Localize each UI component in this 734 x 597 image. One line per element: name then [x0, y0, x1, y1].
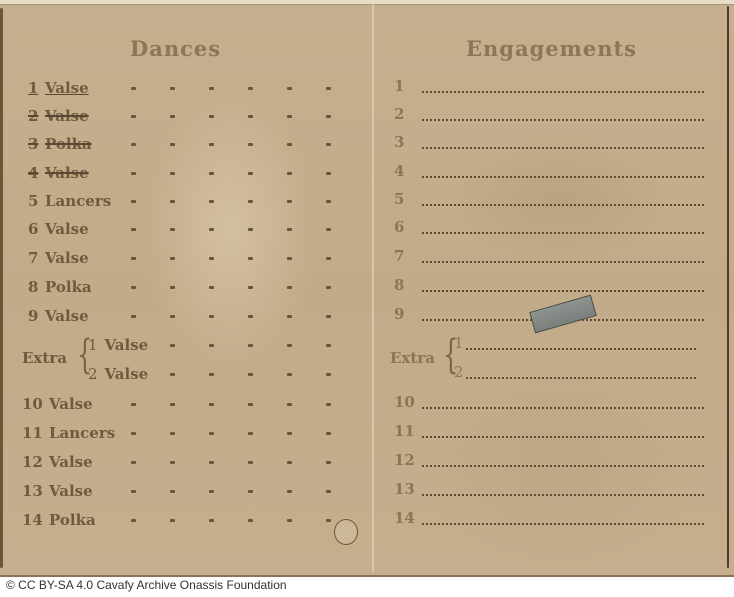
- dotted-line: [466, 348, 696, 350]
- dotted-line: [422, 204, 704, 206]
- dotted-line: [422, 176, 704, 178]
- slot-number: 4: [394, 162, 404, 180]
- leader-dot: [131, 490, 136, 493]
- leader-dot: [287, 172, 292, 175]
- extra-engagement-slot-2[interactable]: 2: [454, 363, 704, 385]
- dance-name: Valse: [45, 307, 89, 325]
- dance-name: Polka: [45, 135, 92, 153]
- slot-number: 2: [394, 105, 404, 123]
- dance-number: 3: [28, 135, 38, 153]
- leader-dot: [170, 461, 175, 464]
- leader-dot: [248, 115, 253, 118]
- leader-dot: [131, 432, 136, 435]
- leader-dot: [131, 228, 136, 231]
- dance-name: Valse: [45, 164, 89, 182]
- leader-dot: [209, 373, 214, 376]
- leader-dot: [248, 373, 253, 376]
- dance-name: Valse: [49, 482, 93, 500]
- slot-number: 10: [394, 393, 415, 411]
- leader-dot: [326, 115, 331, 118]
- extra-dances: Extra { 1 Valse 2 Valse: [22, 334, 172, 394]
- leader-dot: [170, 403, 175, 406]
- leader-dot: [209, 461, 214, 464]
- leader-dot: [248, 432, 253, 435]
- leader-dot: [209, 87, 214, 90]
- slot-number: 3: [394, 133, 404, 151]
- slot-number: 11: [394, 422, 415, 440]
- leader-dot: [287, 490, 292, 493]
- dance-number: 12: [22, 453, 42, 471]
- dance-name: Valse: [105, 336, 149, 354]
- dance-row-3: 3 Polka: [28, 133, 92, 155]
- slot-number: 9: [394, 305, 404, 323]
- leader-dot: [131, 519, 136, 522]
- dance-row-14: 14 Polka: [22, 509, 96, 531]
- leader-dot: [170, 87, 175, 90]
- dances-heading: Dances: [130, 36, 221, 61]
- dance-name: Lancers: [45, 192, 111, 210]
- extra-label: Extra: [390, 349, 435, 367]
- dotted-line: [422, 119, 704, 121]
- leader-dot: [209, 344, 214, 347]
- leader-dot: [326, 143, 331, 146]
- leader-dot: [248, 286, 253, 289]
- leader-dot: [131, 257, 136, 260]
- leader-dot: [287, 461, 292, 464]
- leader-dot: [170, 257, 175, 260]
- leader-dot: [248, 172, 253, 175]
- leader-dot: [248, 228, 253, 231]
- leader-dot: [170, 115, 175, 118]
- dance-number: 6: [28, 220, 38, 238]
- leader-dot: [131, 286, 136, 289]
- leader-dot: [287, 286, 292, 289]
- dotted-line: [422, 523, 704, 525]
- copyright-credit: © CC BY-SA 4.0 Cavafy Archive Onassis Fo…: [6, 578, 287, 592]
- leader-dot: [248, 519, 253, 522]
- dance-row-2: 2 Valse: [28, 105, 89, 127]
- leader-dot: [326, 432, 331, 435]
- leader-dot: [209, 519, 214, 522]
- slot-number: 1: [394, 77, 404, 95]
- dance-row-12: 12 Valse: [22, 451, 93, 473]
- slot-number: 13: [394, 480, 415, 498]
- leader-dot: [326, 257, 331, 260]
- dances-page: Dances 1 Valse 2 Valse 3 Polka 4 Valse 5…: [0, 0, 372, 575]
- dance-row-4: 4 Valse: [28, 162, 89, 184]
- dance-number: 14: [22, 511, 42, 529]
- extra-engagements: Extra { 1 2: [390, 334, 720, 394]
- leader-dot: [326, 373, 331, 376]
- leader-dot: [170, 172, 175, 175]
- dance-card: Dances 1 Valse 2 Valse 3 Polka 4 Valse 5…: [0, 0, 734, 577]
- leader-dot: [326, 200, 331, 203]
- dance-name: Valse: [105, 365, 149, 383]
- slot-number: 2: [454, 363, 464, 381]
- engagement-slot-7[interactable]: 7: [394, 247, 714, 269]
- engagement-slot-1[interactable]: 1: [394, 77, 714, 99]
- dotted-line: [422, 407, 704, 409]
- leader-dot: [287, 257, 292, 260]
- leader-dot: [248, 200, 253, 203]
- dance-row-6: 6 Valse: [28, 218, 89, 240]
- leader-dot: [209, 257, 214, 260]
- dance-row-9: 9 Valse: [28, 305, 89, 327]
- dance-number: 13: [22, 482, 42, 500]
- leader-dot: [248, 315, 253, 318]
- dance-name: Valse: [45, 79, 89, 97]
- leader-dot: [326, 344, 331, 347]
- dance-name: Valse: [45, 220, 89, 238]
- engagement-slot-6[interactable]: 6: [394, 218, 714, 240]
- leader-dot: [287, 143, 292, 146]
- dotted-line: [422, 232, 704, 234]
- leader-dot: [131, 172, 136, 175]
- slot-number: 12: [394, 451, 415, 469]
- leader-dot: [248, 87, 253, 90]
- leader-dot: [287, 200, 292, 203]
- dotted-line: [422, 91, 704, 93]
- dance-name: Polka: [45, 278, 92, 296]
- engagement-slot-3[interactable]: 3: [394, 133, 714, 155]
- dance-row-10: 10 Valse: [22, 393, 93, 415]
- leader-dot: [209, 490, 214, 493]
- dance-number: 8: [28, 278, 38, 296]
- extra-dance-2: 2 Valse: [88, 363, 148, 385]
- leader-dot: [131, 461, 136, 464]
- leader-dot: [131, 115, 136, 118]
- leader-dot: [248, 403, 253, 406]
- leader-dot: [170, 200, 175, 203]
- dance-name: Polka: [49, 511, 96, 529]
- dotted-line: [422, 436, 704, 438]
- dance-number: 5: [28, 192, 38, 210]
- leader-dot: [248, 257, 253, 260]
- leader-dot: [131, 200, 136, 203]
- leader-dot: [209, 432, 214, 435]
- leader-dot: [287, 373, 292, 376]
- leader-dot: [326, 315, 331, 318]
- dance-number: 10: [22, 395, 42, 413]
- engagements-heading: Engagements: [466, 36, 637, 61]
- leader-dot: [287, 519, 292, 522]
- dance-name: Valse: [45, 107, 89, 125]
- dance-row-8: 8 Polka: [28, 276, 92, 298]
- leader-dot: [209, 403, 214, 406]
- engagement-slot-5[interactable]: 5: [394, 190, 714, 212]
- leader-dot: [248, 490, 253, 493]
- dotted-line: [422, 290, 704, 292]
- leader-dot: [287, 432, 292, 435]
- slot-number: 5: [394, 190, 404, 208]
- dance-name: Valse: [45, 249, 89, 267]
- dance-row-1: 1 Valse: [28, 77, 89, 99]
- leader-dot: [209, 143, 214, 146]
- engagement-slot-10[interactable]: 10: [394, 393, 714, 415]
- engagement-slot-14[interactable]: 14: [394, 509, 714, 531]
- leader-dot: [209, 200, 214, 203]
- leader-dot: [326, 490, 331, 493]
- engagement-slot-8[interactable]: 8: [394, 276, 714, 298]
- leader-dot: [209, 172, 214, 175]
- leader-dot: [287, 344, 292, 347]
- dance-number: 9: [28, 307, 38, 325]
- leader-dot: [326, 172, 331, 175]
- dance-number: 7: [28, 249, 38, 267]
- leader-dot: [131, 87, 136, 90]
- dance-number: 1: [28, 79, 38, 97]
- leader-dot: [131, 143, 136, 146]
- leader-dot: [326, 87, 331, 90]
- leader-dot: [248, 461, 253, 464]
- leader-dot: [170, 432, 175, 435]
- dotted-line: [422, 261, 704, 263]
- slot-number: 14: [394, 509, 415, 527]
- engagements-page: Engagements 1 2 3 4 5 6 7 8: [374, 0, 730, 575]
- dance-row-13: 13 Valse: [22, 480, 93, 502]
- leader-dot: [248, 344, 253, 347]
- leader-dot: [170, 286, 175, 289]
- slot-number: 7: [394, 247, 404, 265]
- dotted-line: [422, 147, 704, 149]
- leader-dot: [326, 461, 331, 464]
- engagement-slot-11[interactable]: 11: [394, 422, 714, 444]
- extra-label: Extra: [22, 349, 67, 367]
- engagement-slot-2[interactable]: 2: [394, 105, 714, 127]
- dance-name: Valse: [49, 453, 93, 471]
- dotted-line: [422, 465, 704, 467]
- leader-dot: [170, 143, 175, 146]
- leader-dot: [287, 87, 292, 90]
- dance-number: 11: [22, 424, 42, 442]
- punch-hole: [334, 519, 358, 545]
- leader-dot: [326, 286, 331, 289]
- dance-row-11: 11 Lancers: [22, 422, 115, 444]
- leader-dot: [209, 286, 214, 289]
- leader-dot: [326, 403, 331, 406]
- leader-dot: [326, 228, 331, 231]
- leader-dot: [170, 519, 175, 522]
- slot-number: 8: [394, 276, 404, 294]
- extra-dance-1: 1 Valse: [88, 334, 148, 356]
- leader-dot: [209, 228, 214, 231]
- dance-name: Lancers: [49, 424, 115, 442]
- leader-dot: [131, 315, 136, 318]
- leader-dot: [170, 344, 175, 347]
- dance-number: 2: [88, 365, 98, 383]
- engagement-slot-12[interactable]: 12: [394, 451, 714, 473]
- slot-number: 6: [394, 218, 404, 236]
- extra-engagement-slot-1[interactable]: 1: [454, 334, 704, 356]
- leader-dot: [170, 373, 175, 376]
- engagement-slot-13[interactable]: 13: [394, 480, 714, 502]
- engagement-slot-4[interactable]: 4: [394, 162, 714, 184]
- dotted-line: [422, 494, 704, 496]
- leader-dot: [170, 315, 175, 318]
- leader-dot: [287, 403, 292, 406]
- leader-dot: [170, 228, 175, 231]
- leader-dot: [326, 519, 331, 522]
- dotted-line: [466, 377, 696, 379]
- leader-dot: [209, 115, 214, 118]
- dance-number: 4: [28, 164, 38, 182]
- leader-dot: [287, 315, 292, 318]
- leader-dot: [131, 403, 136, 406]
- leader-dot: [248, 143, 253, 146]
- slot-number: 1: [454, 334, 464, 352]
- leader-dot: [170, 490, 175, 493]
- dance-row-5: 5 Lancers: [28, 190, 111, 212]
- leader-dot: [287, 228, 292, 231]
- leader-dot: [209, 315, 214, 318]
- dance-number: 1: [88, 336, 98, 354]
- leader-dot: [287, 115, 292, 118]
- dance-row-7: 7 Valse: [28, 247, 89, 269]
- dance-number: 2: [28, 107, 38, 125]
- dance-name: Valse: [49, 395, 93, 413]
